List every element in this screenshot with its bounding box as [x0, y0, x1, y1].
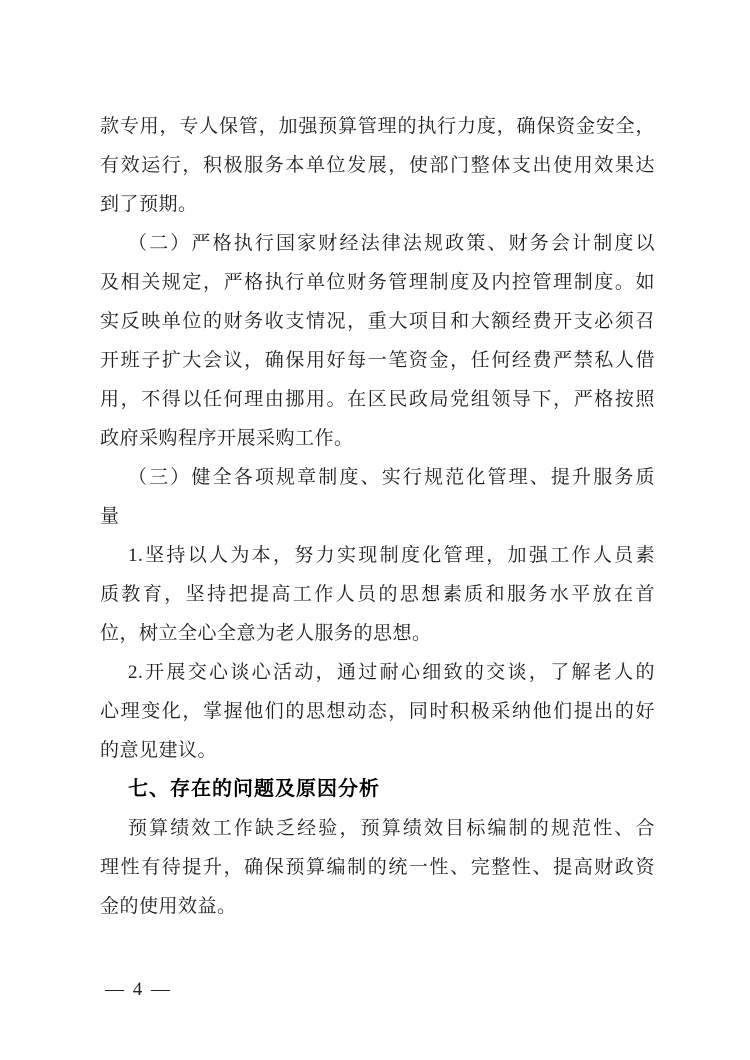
text-line: 开班子扩大会议，确保用好每一笔资金，任何经费严禁私人借 — [100, 341, 655, 380]
document-page: 款专用，专人保管，加强预算管理的执行力度，确保资金安全，有效运行，积极服务本单位… — [0, 0, 750, 1060]
text-line: 理性有待提升，确保预算编制的统一性、完整性、提高财政资 — [100, 848, 655, 887]
text-line: （二）严格执行国家财经法律法规政策、财务会计制度以 — [100, 224, 655, 263]
page-footer: — 4 — — [105, 979, 172, 1001]
paragraph-budget-issues: 预算绩效工作缺乏经验，预算绩效目标编制的规范性、合理性有待提升，确保预算编制的统… — [100, 809, 655, 926]
text-line: 实反映单位的财务收支情况，重大项目和大额经费开支必须召 — [100, 302, 655, 341]
text-line: 及相关规定，严格执行单位财务管理制度及内控管理制度。如 — [100, 263, 655, 302]
paragraph-item-2: 2.开展交心谈心活动，通过耐心细致的交谈，了解老人的心理变化，掌握他们的思想动态… — [100, 653, 655, 770]
text-line: 质教育，坚持把提高工作人员的思想素质和服务水平放在首 — [100, 575, 655, 614]
text-line: 预算绩效工作缺乏经验，预算绩效目标编制的规范性、合 — [100, 809, 655, 848]
paragraph-section-2: （二）严格执行国家财经法律法规政策、财务会计制度以及相关规定，严格执行单位财务管… — [100, 224, 655, 458]
text-line: 心理变化，掌握他们的思想动态，同时积极采纳他们提出的好 — [100, 692, 655, 731]
text-line: 政府采购程序开展采购工作。 — [100, 419, 655, 458]
text-line: 用，不得以任何理由挪用。在区民政局党组领导下，严格按照 — [100, 380, 655, 419]
paragraph-section-3: （三）健全各项规章制度、实行规范化管理、提升服务质量 — [100, 458, 655, 536]
text-line: 到了预期。 — [100, 185, 655, 224]
text-line: 位，树立全心全意为老人服务的思想。 — [100, 614, 655, 653]
text-line: 金的使用效益。 — [100, 887, 655, 926]
text-line: 2.开展交心谈心活动，通过耐心细致的交谈，了解老人的 — [100, 653, 655, 692]
page-number: — 4 — — [105, 979, 172, 1000]
paragraph-item-1: 1.坚持以人为本，努力实现制度化管理，加强工作人员素质教育，坚持把提高工作人员的… — [100, 536, 655, 653]
text-line: 有效运行，积极服务本单位发展，使部门整体支出使用效果达 — [100, 146, 655, 185]
text-line: 量 — [100, 497, 655, 536]
text-line: （三）健全各项规章制度、实行规范化管理、提升服务质 — [100, 458, 655, 497]
heading-section-7: 七、存在的问题及原因分析 — [100, 770, 655, 809]
paragraph-continuation: 款专用，专人保管，加强预算管理的执行力度，确保资金安全，有效运行，积极服务本单位… — [100, 107, 655, 224]
text-line: 1.坚持以人为本，努力实现制度化管理，加强工作人员素 — [100, 536, 655, 575]
document-body: 款专用，专人保管，加强预算管理的执行力度，确保资金安全，有效运行，积极服务本单位… — [100, 107, 655, 926]
text-line: 款专用，专人保管，加强预算管理的执行力度，确保资金安全， — [100, 107, 655, 146]
section-heading: 七、存在的问题及原因分析 — [100, 770, 655, 809]
text-line: 的意见建议。 — [100, 731, 655, 770]
